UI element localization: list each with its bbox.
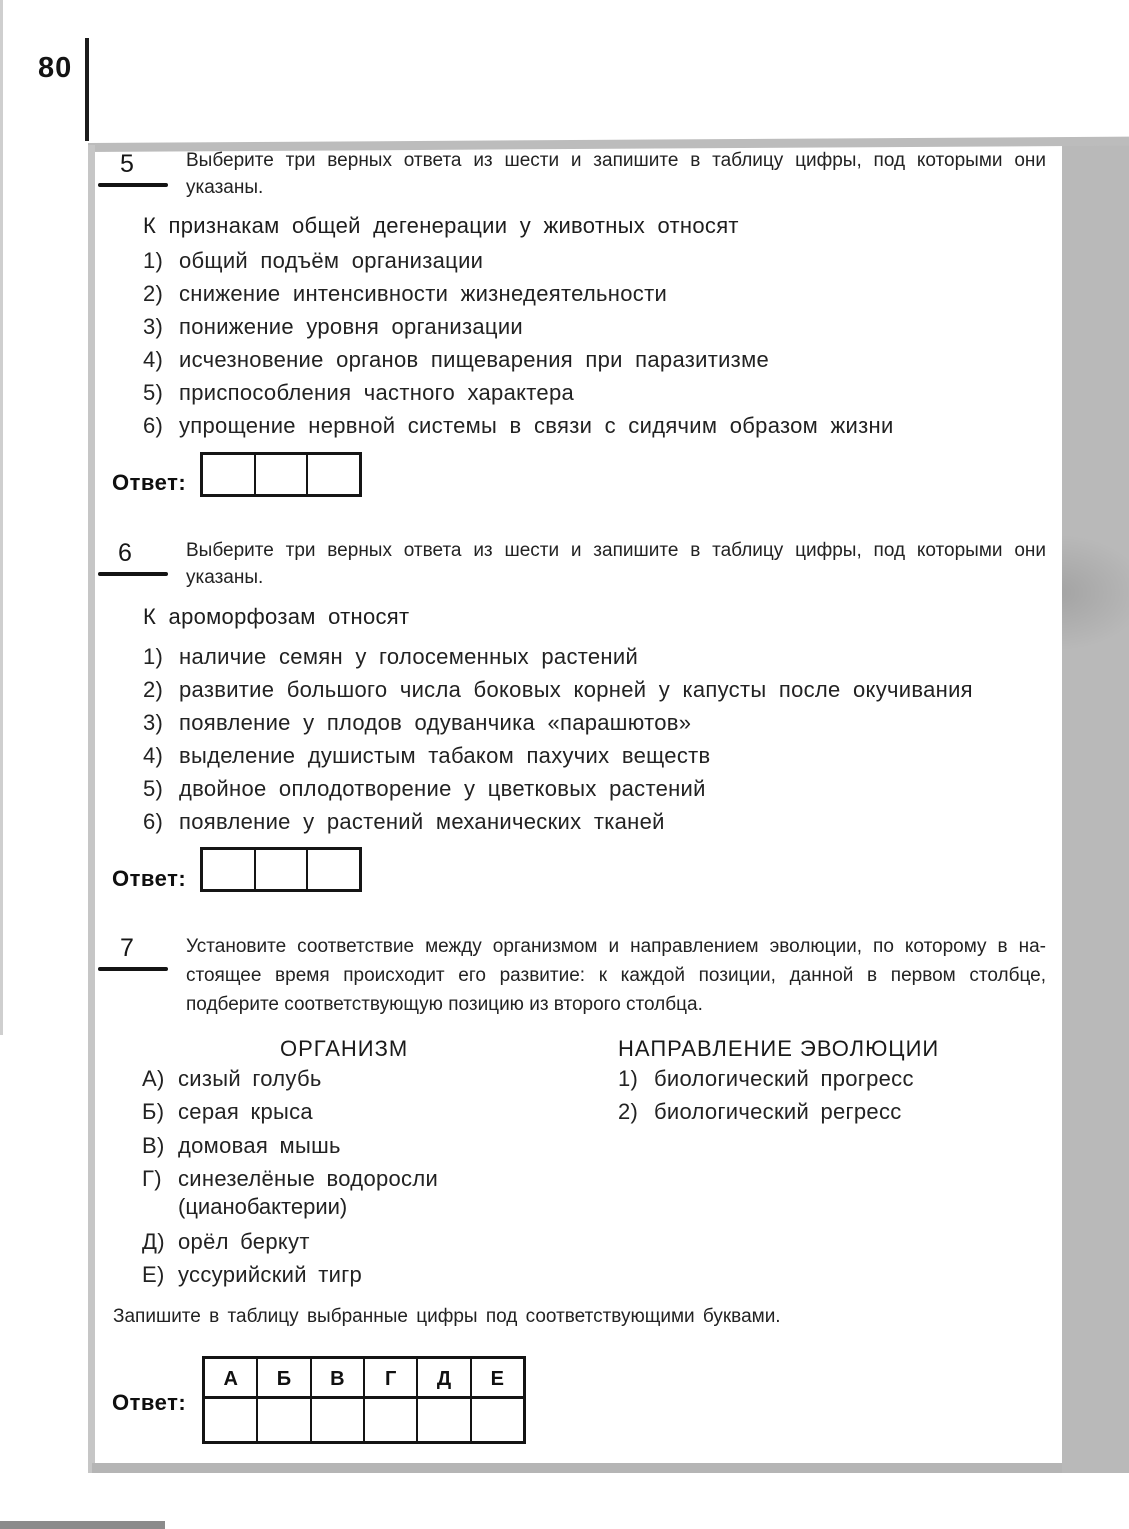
question-6-option-5: 5)двойное оплодотворение у цветковых рас… <box>143 776 706 802</box>
item-text: синезелёные водоросли <box>178 1166 438 1191</box>
answer-table-header: Г <box>363 1359 416 1399</box>
question-6-option-2: 2)развитие большого числа боковых корней… <box>143 677 973 703</box>
question-5-option-5: 5)приспособления частного характера <box>143 380 574 406</box>
instruction-line: указаны. <box>186 174 1046 201</box>
option-number: 2) <box>143 281 179 307</box>
answer-cell[interactable] <box>363 1399 416 1441</box>
direction-item-1: 1)биологический прогресс <box>618 1066 914 1092</box>
option-number: 5) <box>143 776 179 802</box>
item-text: орёл беркут <box>178 1229 310 1254</box>
scanned-page: 80 5 Выберите три верных ответа из шести… <box>0 0 1129 1529</box>
option-text: снижение интенсивности жизнедеятельности <box>179 281 667 306</box>
option-number: 2) <box>143 677 179 703</box>
option-text: упрощение нервной системы в связи с сидя… <box>179 413 894 438</box>
instruction-line: Выберите три верных ответа из шести и за… <box>186 537 1046 564</box>
question-number-rule <box>98 183 168 187</box>
question-6-option-6: 6)появление у растений механических ткан… <box>143 809 665 835</box>
right-column-header: НАПРАВЛЕНИЕ ЭВОЛЮЦИИ <box>618 1036 939 1062</box>
option-text: двойное оплодотворение у цветковых расте… <box>179 776 706 801</box>
option-number: 1) <box>143 644 179 670</box>
match-item-d: Д)орёл беркут <box>142 1229 310 1255</box>
item-letter: Б) <box>142 1099 178 1125</box>
item-letter: Е) <box>142 1262 178 1288</box>
answer-cell[interactable] <box>254 455 307 494</box>
option-number: 5) <box>143 380 179 406</box>
answer-label: Ответ: <box>112 1390 186 1416</box>
question-5-option-4: 4)исчезновение органов пищеварения при п… <box>143 347 769 373</box>
answer-label: Ответ: <box>112 470 186 496</box>
option-text: общий подъём организации <box>179 248 483 273</box>
question-6-option-3: 3)появление у плодов одуванчика «парашют… <box>143 710 691 736</box>
page-number: 80 <box>38 52 72 85</box>
match-item-a: А)сизый голубь <box>142 1066 322 1092</box>
item-number: 2) <box>618 1099 654 1125</box>
question-number: 7 <box>120 934 134 963</box>
scan-bottom-strip <box>0 1521 165 1529</box>
question-7-answer-table: А Б В Г Д Е <box>202 1356 526 1444</box>
question-5-answer-boxes <box>200 452 362 497</box>
answer-cell[interactable] <box>416 1399 469 1441</box>
question-stem: К ароморфозам относят <box>143 604 409 630</box>
item-text: домовая мышь <box>178 1133 341 1158</box>
question-5-option-2: 2)снижение интенсивности жизнедеятельнос… <box>143 281 667 307</box>
answer-cell[interactable] <box>205 1399 256 1441</box>
answer-cell[interactable] <box>203 455 254 494</box>
answer-cell[interactable] <box>310 1399 363 1441</box>
option-number: 4) <box>143 743 179 769</box>
answer-label: Ответ: <box>112 866 186 892</box>
answer-cell[interactable] <box>470 1399 523 1441</box>
option-number: 3) <box>143 710 179 736</box>
instruction-line: стоящее время происходит его развитие: к… <box>186 961 1046 990</box>
option-number: 6) <box>143 413 179 439</box>
option-number: 4) <box>143 347 179 373</box>
option-text: понижение уровня организации <box>179 314 523 339</box>
question-5-option-1: 1)общий подъём организации <box>143 248 483 274</box>
page-edge-bottom <box>92 1463 1062 1473</box>
option-text: исчезновение органов пищеварения при пар… <box>179 347 769 372</box>
option-text: появление у растений механических тканей <box>179 809 665 834</box>
answer-table-input-row <box>205 1399 523 1441</box>
instruction-line: указаны. <box>186 564 1046 591</box>
question-6-answer-boxes <box>200 847 362 892</box>
item-text: биологический прогресс <box>654 1066 914 1091</box>
item-letter: Г) <box>142 1166 178 1192</box>
question-number-rule <box>98 967 168 971</box>
question-number: 6 <box>118 539 132 568</box>
instruction-line: Установите соответствие между организмом… <box>186 932 1046 961</box>
answer-cell[interactable] <box>203 850 254 889</box>
page-number-divider <box>85 38 89 141</box>
item-text: уссурийский тигр <box>178 1262 362 1287</box>
question-number: 5 <box>120 150 134 179</box>
answer-table-header-row: А Б В Г Д Е <box>205 1359 523 1399</box>
question-5-option-6: 6)упрощение нервной системы в связи с си… <box>143 413 894 439</box>
match-item-v: В)домовая мышь <box>142 1133 341 1159</box>
item-letter: Д) <box>142 1229 178 1255</box>
instruction-line: Выберите три верных ответа из шести и за… <box>186 147 1046 174</box>
answer-table-header: Д <box>416 1359 469 1399</box>
answer-table-header: А <box>205 1359 256 1399</box>
question-5-option-3: 3)понижение уровня организации <box>143 314 523 340</box>
question-instruction: Выберите три верных ответа из шести и за… <box>186 147 1046 201</box>
answer-table-header: В <box>310 1359 363 1399</box>
question-6-option-1: 1)наличие семян у голосеменных растений <box>143 644 638 670</box>
item-letter: В) <box>142 1133 178 1159</box>
option-text: приспособления частного характера <box>179 380 574 405</box>
item-number: 1) <box>618 1066 654 1092</box>
option-text: развитие большого числа боковых корней у… <box>179 677 973 702</box>
answer-cell[interactable] <box>256 1399 309 1441</box>
item-text: серая крыса <box>178 1099 313 1124</box>
answer-table-header: Б <box>256 1359 309 1399</box>
table-fill-note: Запишите в таблицу выбранные цифры под с… <box>113 1306 781 1328</box>
left-column-header: ОРГАНИЗМ <box>280 1036 408 1062</box>
option-number: 3) <box>143 314 179 340</box>
option-number: 6) <box>143 809 179 835</box>
question-6-option-4: 4)выделение душистым табаком пахучих вещ… <box>143 743 710 769</box>
page-edge-left <box>88 145 95 1473</box>
question-stem: К признакам общей дегенерации у животных… <box>143 213 739 239</box>
question-number-rule <box>98 572 168 576</box>
item-text: биологический регресс <box>654 1099 902 1124</box>
option-text: наличие семян у голосеменных растений <box>179 644 638 669</box>
answer-cell[interactable] <box>254 850 307 889</box>
page-curl-shadow <box>1062 139 1129 1473</box>
match-item-b: Б)серая крыса <box>142 1099 313 1125</box>
instruction-line: подберите соответствующую позицию из вто… <box>186 990 1046 1019</box>
direction-item-2: 2)биологический регресс <box>618 1099 902 1125</box>
item-letter: А) <box>142 1066 178 1092</box>
answer-cell[interactable] <box>306 455 359 494</box>
answer-table-header: Е <box>470 1359 523 1399</box>
answer-cell[interactable] <box>306 850 359 889</box>
match-item-g: Г)синезелёные водоросли <box>142 1166 438 1192</box>
match-item-g-line2: (цианобактерии) <box>178 1194 347 1220</box>
question-instruction: Выберите три верных ответа из шести и за… <box>186 537 1046 591</box>
option-text: выделение душистым табаком пахучих вещес… <box>179 743 710 768</box>
option-number: 1) <box>143 248 179 274</box>
scan-edge-line <box>0 0 3 1035</box>
match-item-e: Е)уссурийский тигр <box>142 1262 362 1288</box>
question-instruction: Установите соответствие между организмом… <box>186 932 1046 1019</box>
item-text: сизый голубь <box>178 1066 322 1091</box>
option-text: появление у плодов одуванчика «парашютов… <box>179 710 691 735</box>
scan-background <box>1062 139 1129 1473</box>
